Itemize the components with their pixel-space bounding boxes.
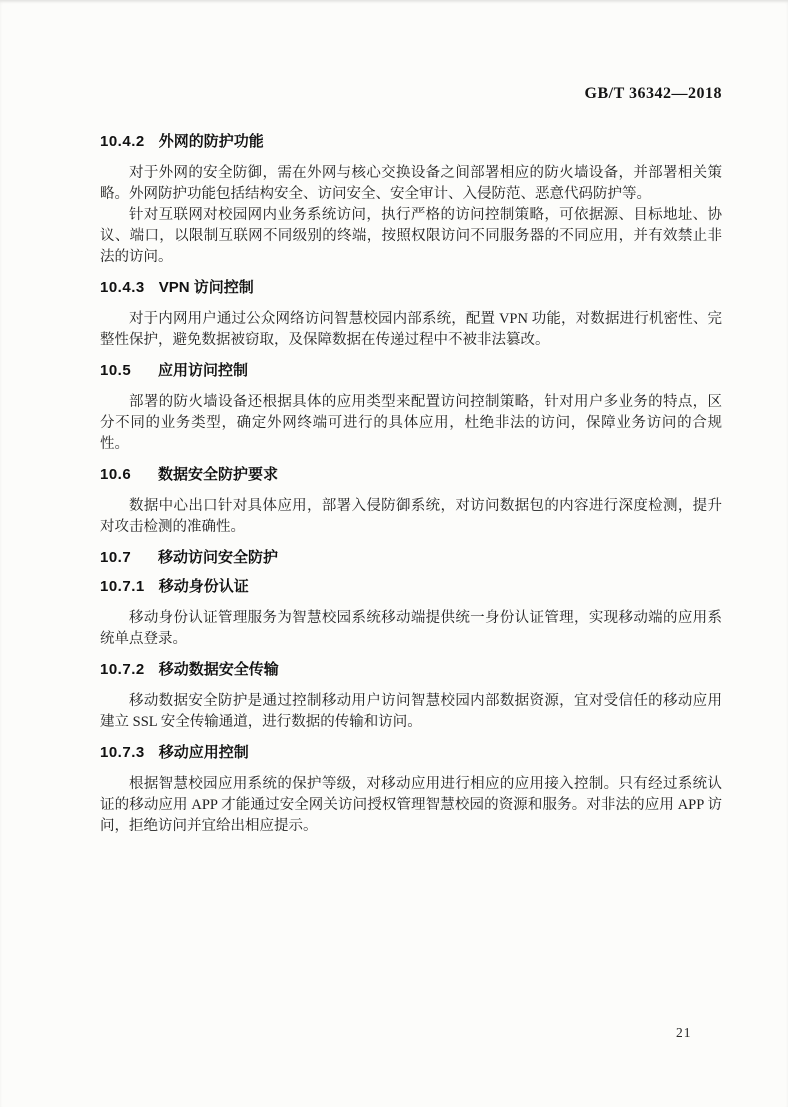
section-number: 10.7.2 [100,660,145,679]
section-number: 10.5 [100,361,144,380]
section-title: 移动身份认证 [159,578,249,595]
section-title: 外网的防护功能 [159,133,264,150]
section-number: 10.7.3 [100,743,145,762]
section-heading: 10.7.3移动应用控制 [100,743,722,762]
document-header: GB/T 36342—2018 [100,84,722,104]
section-title: VPN 访问控制 [159,279,254,296]
standard-code: GB/T 36342—2018 [585,85,722,102]
section-number: 10.6 [100,465,144,484]
body-paragraph: 数据中心出口针对具体应用，部署入侵防御系统，对访问数据包的内容进行深度检测，提升… [100,496,722,538]
document-page: GB/T 36342—2018 10.4.2外网的防护功能对于外网的安全防御，需… [0,0,788,1107]
section-heading: 10.5应用访问控制 [100,361,722,380]
body-paragraph: 对于外网的安全防御，需在外网与核心交换设备之间部署相应的防火墙设备，并部署相关策… [100,163,722,205]
section-title: 移动访问安全防护 [158,549,278,566]
scan-edge-shadow [0,0,788,3]
body-paragraph: 移动身份认证管理服务为智慧校园系统移动端提供统一身份认证管理，实现移动端的应用系… [100,608,722,650]
section-number: 10.7.1 [100,577,145,596]
body-paragraph: 对于内网用户通过公众网络访问智慧校园内部系统，配置 VPN 功能，对数据进行机密… [100,309,722,351]
sections-container: 10.4.2外网的防护功能对于外网的安全防御，需在外网与核心交换设备之间部署相应… [100,132,722,837]
document-content: GB/T 36342—2018 10.4.2外网的防护功能对于外网的安全防御，需… [100,84,722,837]
body-paragraph: 根据智慧校园应用系统的保护等级，对移动应用进行相应的应用接入控制。只有经过系统认… [100,774,722,837]
section-heading: 10.7.1移动身份认证 [100,577,722,596]
section-heading: 10.6数据安全防护要求 [100,465,722,484]
section-title: 移动数据安全传输 [159,661,279,678]
section-heading: 10.7.2移动数据安全传输 [100,660,722,679]
section-number: 10.4.3 [100,278,145,297]
section-title: 移动应用控制 [159,744,249,761]
section-number: 10.7 [100,548,144,567]
body-paragraph: 移动数据安全防护是通过控制移动用户访问智慧校园内部数据资源，宜对受信任的移动应用… [100,691,722,733]
section-heading: 10.7移动访问安全防护 [100,548,722,567]
body-paragraph: 部署的防火墙设备还根据具体的应用类型来配置访问控制策略，针对用户多业务的特点，区… [100,392,722,455]
section-heading: 10.4.2外网的防护功能 [100,132,722,151]
section-title: 应用访问控制 [158,362,248,379]
body-paragraph: 针对互联网对校园网内业务系统访问，执行严格的访问控制策略，可依据源、目标地址、协… [100,205,722,268]
section-heading: 10.4.3VPN 访问控制 [100,278,722,297]
page-number: 21 [676,1025,692,1041]
section-title: 数据安全防护要求 [158,466,278,483]
section-number: 10.4.2 [100,132,145,151]
